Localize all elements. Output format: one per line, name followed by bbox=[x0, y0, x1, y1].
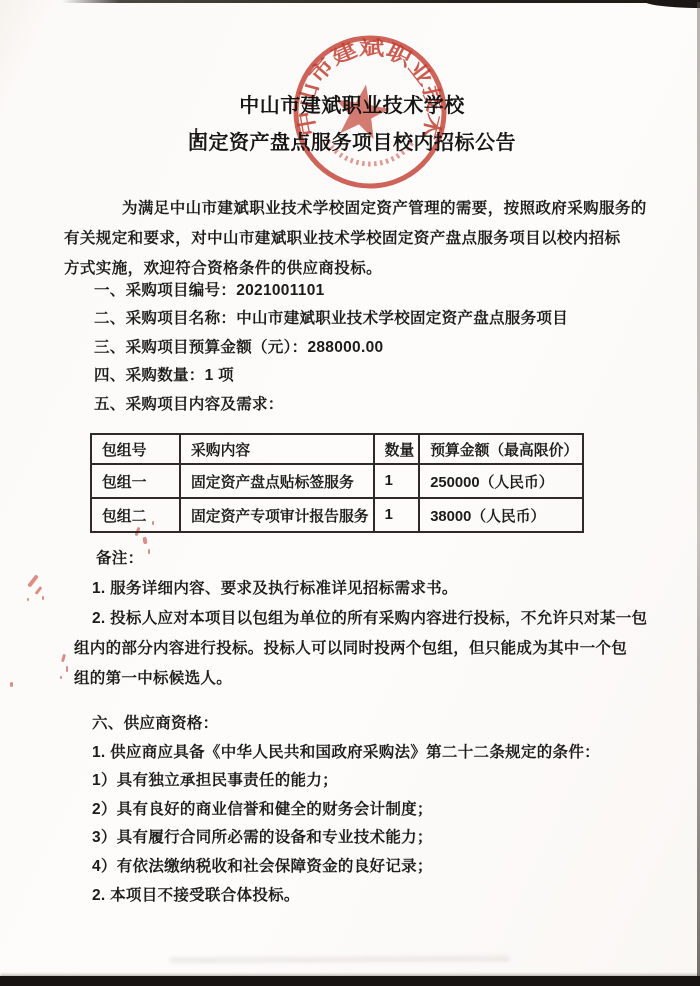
notes-label: 备注： bbox=[96, 548, 143, 570]
ink-speckle bbox=[27, 574, 39, 587]
list-item-content-heading: 五、采购项目内容及需求： bbox=[94, 391, 568, 419]
scan-edge-top-right-corner bbox=[642, 0, 700, 8]
scan-smudge bbox=[170, 956, 510, 963]
section-heading: 六、供应商资格： bbox=[92, 710, 600, 739]
qualification-line: 4）有依法缴纳税收和社会保障资金的良好记录； bbox=[92, 853, 600, 882]
list-item-project-number: 一、采购项目编号：2021001101 bbox=[94, 277, 568, 305]
table-header-cell: 采购内容 bbox=[180, 434, 374, 464]
ink-speckle bbox=[61, 654, 66, 663]
table-cell: 固定资产盘点贴标签服务 bbox=[180, 464, 374, 498]
note-line: 组内的部分内容进行投标。投标人可以同时投两个包组，但只能成为其中一个包 bbox=[74, 638, 627, 660]
intro-line: 为满足中山市建斌职业技术学校固定资产管理的需要，按照政府采购服务的 bbox=[64, 194, 647, 224]
ink-speckle bbox=[27, 598, 29, 601]
table-cell: 固定资产专项审计报告服务 bbox=[180, 498, 374, 532]
qualification-line: 3）具有履行合同所必需的设备和专业技术能力； bbox=[92, 824, 600, 853]
table-header-cell: 数量 bbox=[374, 434, 420, 464]
project-info-list: 一、采购项目编号：2021001101 二、采购项目名称：中山市建斌职业技术学校… bbox=[94, 277, 568, 419]
note-line: 组的第一中标候选人。 bbox=[74, 668, 232, 690]
qualification-line: 2）具有良好的商业信誉和健全的财务会计制度； bbox=[92, 796, 600, 825]
qualification-line: 1. 供应商应具备《中华人民共和国政府采购法》第二十二条规定的条件： bbox=[92, 739, 600, 768]
qualification-line: 1）具有独立承担民事责任的能力； bbox=[92, 767, 600, 796]
scan-edge-bottom bbox=[0, 976, 700, 986]
list-item-budget: 三、采购项目预算金额（元）：288000.00 bbox=[94, 334, 568, 362]
intro-paragraph: 为满足中山市建斌职业技术学校固定资产管理的需要，按照政府采购服务的 有关规定和要… bbox=[64, 194, 647, 284]
table-cell: 38000（人民币） bbox=[419, 498, 583, 532]
ink-speckle bbox=[42, 596, 44, 600]
list-item-project-name: 二、采购项目名称：中山市建斌职业技术学校固定资产盘点服务项目 bbox=[94, 305, 568, 333]
table-header-cell: 包组号 bbox=[91, 434, 180, 464]
table-row: 包组二 固定资产专项审计报告服务 1 38000（人民币） bbox=[91, 498, 583, 532]
scanned-tender-notice-page: 中山市建斌职业技术学校 中山市建斌职业技术学校 固定资产盘点服务项目校内招标公告… bbox=[0, 0, 700, 986]
table-cell: 250000（人民币） bbox=[419, 464, 583, 498]
scan-edge-top bbox=[62, 0, 700, 3]
table-cell: 包组一 bbox=[91, 464, 180, 498]
ink-speckle bbox=[35, 586, 43, 595]
ink-speckle bbox=[60, 676, 62, 679]
list-item-quantity: 四、采购数量：1 项 bbox=[94, 362, 568, 390]
ink-speckle bbox=[66, 666, 68, 672]
table-header-cell: 预算金额（最高限价） bbox=[419, 434, 583, 464]
table-cell: 1 bbox=[374, 498, 420, 532]
table-row: 包组一 固定资产盘点贴标签服务 1 250000（人民币） bbox=[91, 464, 583, 498]
qualification-line: 2. 本项目不接受联合体投标。 bbox=[92, 882, 600, 911]
table-cell: 包组二 bbox=[91, 498, 180, 532]
note-line: 2. 投标人应对本项目以包组为单位的所有采购内容进行投标，不允许只对某一包 bbox=[92, 608, 647, 630]
ink-speckle bbox=[10, 682, 13, 687]
ink-speckle bbox=[148, 549, 150, 554]
supplier-qualifications-section: 六、供应商资格： 1. 供应商应具备《中华人民共和国政府采购法》第二十二条规定的… bbox=[92, 710, 600, 910]
ink-speckle bbox=[142, 537, 147, 545]
page-title-line2: 固定资产盘点服务项目校内招标公告 bbox=[2, 126, 700, 155]
intro-line: 有关规定和要求，对中山市建斌职业技术学校固定资产盘点服务项目以校内招标 bbox=[64, 224, 647, 254]
table-header-row: 包组号 采购内容 数量 预算金额（最高限价） bbox=[91, 434, 583, 464]
note-line: 1. 服务详细内容、要求及执行标准详见招标需求书。 bbox=[92, 578, 458, 600]
requirements-table: 包组号 采购内容 数量 预算金额（最高限价） 包组一 固定资产盘点贴标签服务 1… bbox=[90, 433, 584, 533]
page-title-line1: 中山市建斌职业技术学校 bbox=[2, 89, 700, 118]
table-cell: 1 bbox=[374, 464, 420, 498]
